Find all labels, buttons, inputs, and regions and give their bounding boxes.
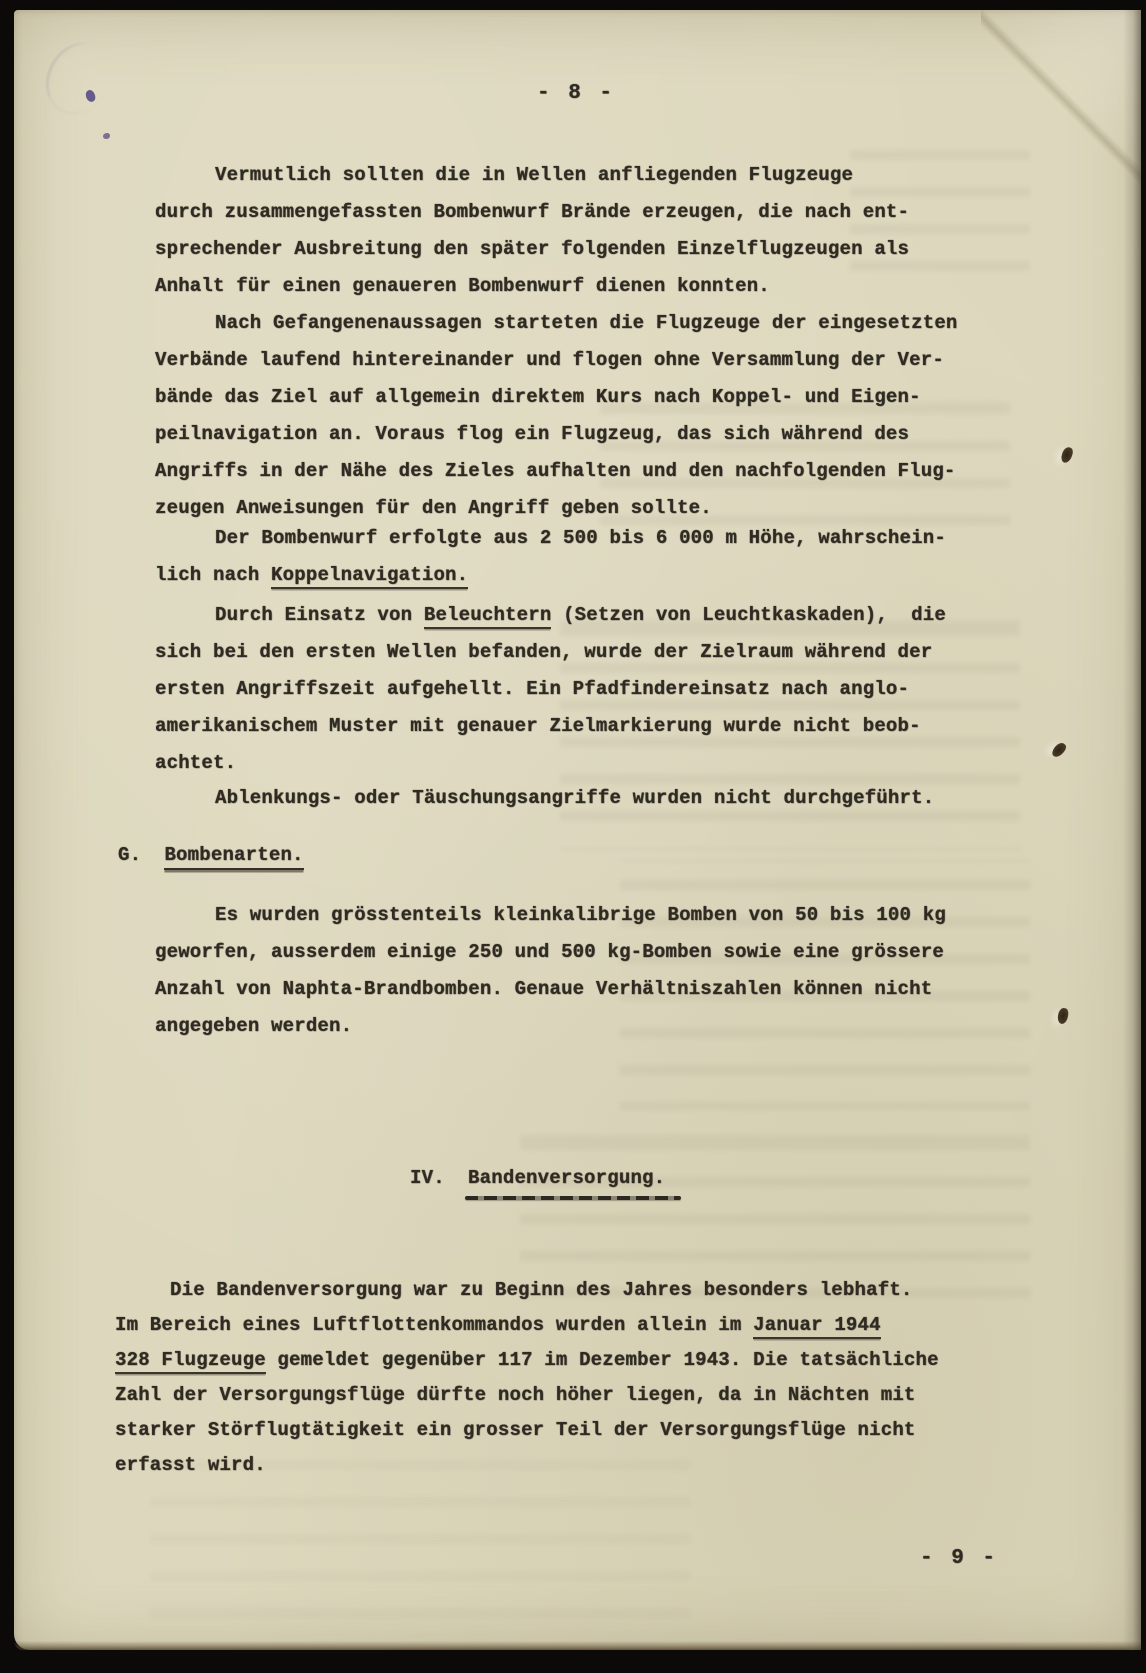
- page-number-top: - 8 -: [537, 82, 615, 106]
- section-label: G.: [118, 844, 141, 866]
- right-edge-ink-speck: [1050, 741, 1068, 760]
- typed-line: peilnavigation an. Voraus flog ein Flugz…: [155, 424, 909, 446]
- spacer: [141, 844, 164, 866]
- typed-line: Zahl der Versorgungsflüge dürfte noch hö…: [115, 1385, 916, 1407]
- typed-line: Verbände laufend hintereinander und flog…: [155, 350, 944, 372]
- typed-line: Ablenkungs- oder Täuschungsangriffe wurd…: [215, 788, 934, 810]
- underlined-text: 328 Flugzeuge: [115, 1349, 266, 1374]
- typed-line: Im Bereich eines Luftflottenkommandos wu…: [115, 1315, 881, 1337]
- typed-line: zeugen Anweisungen für den Angriff geben…: [155, 498, 712, 520]
- text-segment: (Setzen von Leuchtkaskaden), die: [551, 604, 945, 626]
- page-corner-fold: [981, 10, 1141, 190]
- typed-line: geworfen, ausserdem einige 250 und 500 k…: [155, 942, 944, 964]
- text-segment: lich nach: [155, 564, 271, 586]
- text-segment: gemeldet gegenüber 117 im Dezember 1943.…: [266, 1349, 939, 1371]
- spacer: [445, 1167, 468, 1189]
- text-segment: Im Bereich eines Luftflottenkommandos wu…: [115, 1314, 753, 1336]
- page-number-bottom: - 9 -: [920, 1547, 998, 1571]
- typed-line: Es wurden grösstenteils kleinkalibrige B…: [215, 905, 946, 927]
- typed-line: angegeben werden.: [155, 1016, 352, 1038]
- pencil-scribble-mark: [34, 32, 121, 125]
- typed-line: lich nach Koppelnavigation.: [155, 565, 468, 587]
- underlined-text: Januar 1944: [753, 1314, 881, 1339]
- paper-sheet: - 8 - Vermutlich sollten die in Wellen a…: [14, 10, 1141, 1650]
- typed-line: achtet.: [155, 753, 236, 775]
- section-title: Bandenversorgung.: [468, 1167, 665, 1189]
- purple-ink-blot-small: [103, 133, 110, 139]
- right-edge-ink-speck: [1057, 1007, 1069, 1024]
- underlined-text: Beleuchtern: [424, 604, 552, 629]
- typed-line: Nach Gefangenenaussagen starteten die Fl…: [215, 313, 958, 335]
- section-label: IV.: [410, 1167, 445, 1189]
- typed-line: Anhalt für einen genaueren Bombenwurf di…: [155, 276, 770, 298]
- typed-line: erfasst wird.: [115, 1455, 266, 1477]
- scanned-document-screenshot: { "colors": { "paper": "#ddd8bd", "ink":…: [0, 0, 1146, 1673]
- section-heading-g: G. Bombenarten.: [118, 845, 304, 867]
- typed-line: sich bei den ersten Wellen befanden, wur…: [155, 642, 932, 664]
- typed-line: Anzahl von Naphta-Brandbomben. Genaue Ve…: [155, 979, 932, 1001]
- right-edge-ink-speck: [1060, 446, 1074, 464]
- typed-line: 328 Flugzeuge gemeldet gegenüber 117 im …: [115, 1350, 939, 1372]
- typed-line: Der Bombenwurf erfolgte aus 2 500 bis 6 …: [215, 528, 946, 550]
- typed-line: amerikanischem Muster mit genauer Zielma…: [155, 716, 921, 738]
- typed-line: Vermutlich sollten die in Wellen anflieg…: [215, 165, 853, 187]
- typed-line: starker Störflugtätigkeit ein grosser Te…: [115, 1420, 916, 1442]
- section-heading-iv: IV. Bandenversorgung.: [410, 1168, 665, 1190]
- heading-underline-rule: [465, 1196, 681, 1200]
- typed-line: Die Bandenversorgung war zu Beginn des J…: [170, 1280, 913, 1302]
- section-title: Bombenarten.: [164, 844, 303, 870]
- typed-line: ersten Angriffszeit aufgehellt. Ein Pfad…: [155, 679, 909, 701]
- text-segment: Durch Einsatz von: [215, 604, 424, 626]
- typed-line: sprechender Ausbreitung den später folge…: [155, 239, 909, 261]
- typed-line: bände das Ziel auf allgemein direktem Ku…: [155, 387, 921, 409]
- typed-line: Durch Einsatz von Beleuchtern (Setzen vo…: [215, 605, 946, 627]
- underlined-text: Koppelnavigation.: [271, 564, 468, 589]
- typed-line: durch zusammengefassten Bombenwurf Bränd…: [155, 202, 909, 224]
- typed-line: Angriffs in der Nähe des Zieles aufhalte…: [155, 461, 956, 483]
- bleed-through-texture: [150, 1460, 690, 1620]
